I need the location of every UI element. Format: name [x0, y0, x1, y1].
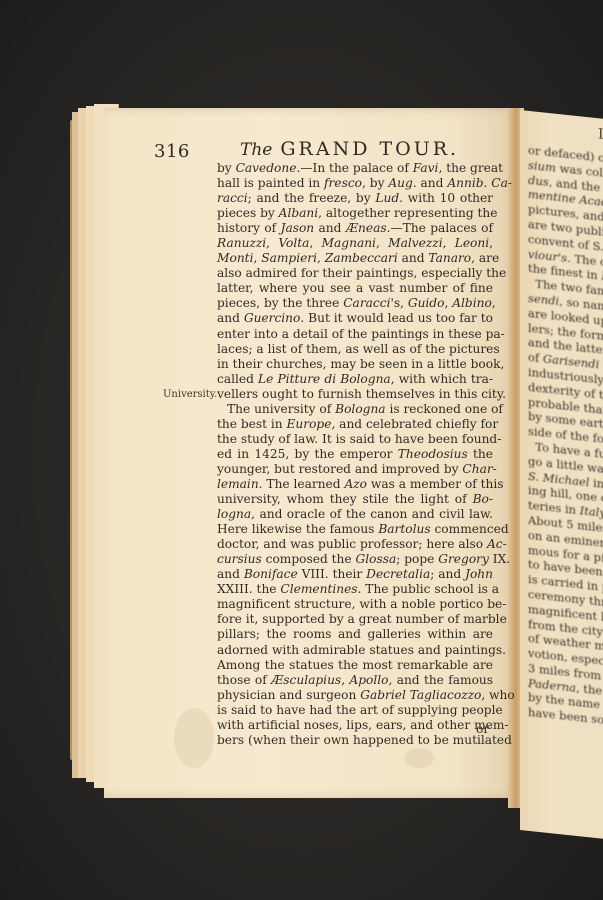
text-line: lemain. The learned Azo was a member of … [217, 477, 493, 492]
text-line: latter, where you see a vast number of f… [217, 281, 493, 296]
running-head-title: GRAND TOUR. [280, 138, 459, 160]
text-line: university, whom they stile the light of… [217, 492, 493, 507]
text-line: XXIII. the Clementines. The public schoo… [217, 582, 493, 597]
text-line: adorned with admirable statues and paint… [217, 643, 493, 658]
text-line: cursius composed the Glossa; pope Gregor… [217, 552, 493, 567]
text-line: ed in 1425, by the emperor Theodosius th… [217, 447, 493, 462]
paper-stain [174, 708, 214, 768]
text-line: is said to have had the art of supplying… [217, 703, 493, 718]
text-line: also admired for their paintings, especi… [217, 266, 493, 281]
margin-note: University. [163, 389, 217, 400]
right-page-number: I [598, 126, 603, 143]
right-page-text: or defaced) outsium was collectdus, and … [528, 143, 603, 735]
text-line: those of Æsculapius, Apollo, and the fam… [217, 673, 493, 688]
text-line: with artificial noses, lips, ears, and o… [217, 718, 493, 733]
text-line: physician and surgeon Gabriel Tagliacozz… [217, 688, 493, 703]
running-head-prefix: The [240, 140, 272, 160]
paper-stain [404, 748, 434, 768]
text-line: in their churches, may be seen in a litt… [217, 357, 493, 372]
text-line: hall is painted in fresco, by Aug. and A… [217, 176, 493, 191]
text-line: magnificent structure, with a noble port… [217, 597, 493, 612]
text-line: Here likewise the famous Bartolus commen… [217, 522, 493, 537]
text-line: the best in Europe, and celebrated chief… [217, 417, 493, 432]
text-line: fore it, supported by a great number of … [217, 612, 493, 627]
text-line: by Cavedone.—In the palace of Favi, the … [217, 161, 493, 176]
text-line: Ranuzzi, Volta, Magnani, Malvezzi, Leoni… [217, 236, 493, 251]
text-line: younger, but restored and improved by Ch… [217, 462, 493, 477]
page-number: 316 [154, 141, 190, 162]
text-line: history of Jason and Æneas.—The palaces … [217, 221, 493, 236]
running-head: TheGRAND TOUR. [240, 138, 459, 160]
text-line: called Le Pitture di Bologna, with which… [217, 372, 493, 387]
text-line: bers (when their own happened to be muti… [217, 733, 493, 748]
text-line: logna, and oracle of the canon and civil… [217, 507, 493, 522]
book-spread: I or defaced) outsium was collectdus, an… [0, 0, 603, 900]
text-line: and Boniface VIII. their Decretalia; and… [217, 567, 493, 582]
text-line: The university of Bologna is reckoned on… [217, 402, 493, 417]
text-line: and Guercino. But it would lead us too f… [217, 311, 493, 326]
text-line: laces; a list of them, as well as of the… [217, 342, 493, 357]
text-line: the study of law. It is said to have bee… [217, 432, 493, 447]
text-line: Among the statues the most remarkable ar… [217, 658, 493, 673]
text-line: Monti, Sampieri, Zambeccari and Tanaro, … [217, 251, 493, 266]
text-line: doctor, and was public professor; here a… [217, 537, 493, 552]
text-line: racci; and the freeze, by Lud. with 10 o… [217, 191, 493, 206]
right-page-partial: I or defaced) outsium was collectdus, an… [520, 110, 603, 841]
text-line: pieces, by the three Caracci's, Guido, A… [217, 296, 493, 311]
text-line: enter into a detail of the paintings in … [217, 327, 493, 342]
text-line: pillars; the rooms and galleries within … [217, 627, 493, 642]
text-line: pieces by Albani, altogether representin… [217, 206, 493, 221]
body-text: by Cavedone.—In the palace of Favi, the … [217, 161, 493, 748]
catchword: or [476, 722, 489, 736]
text-line: vellers ought to furnish themselves in t… [217, 387, 493, 402]
